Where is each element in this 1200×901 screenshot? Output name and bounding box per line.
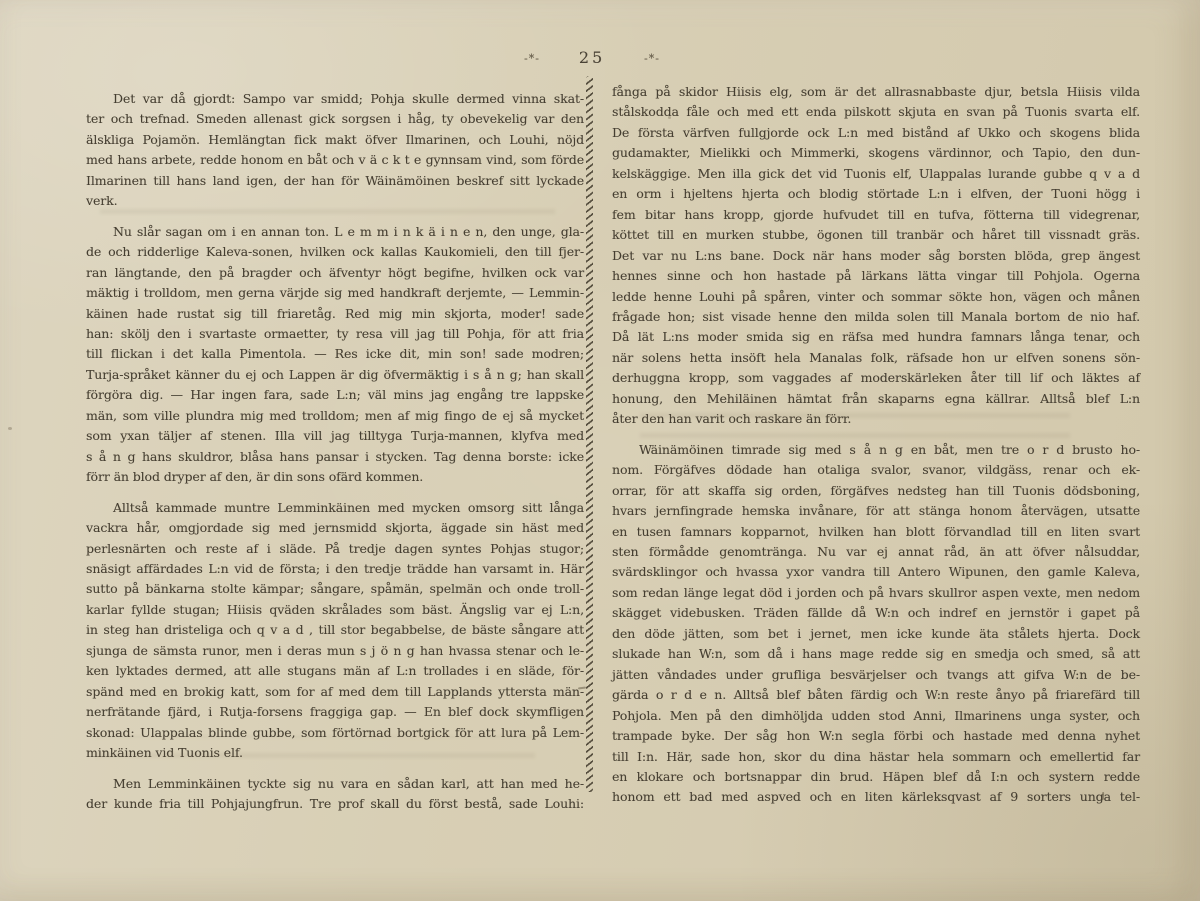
text-line: Turja-språket känner du ej och Lappen är… <box>86 365 584 385</box>
text-line: den döde jätten, som bet i jernet, men i… <box>612 624 1140 644</box>
text-line: förgöra dig. — Har ingen fara, sade L:n;… <box>86 385 584 405</box>
header-ornament-right-icon: -*- <box>644 52 660 65</box>
text-line: jätten våndades under grufliga besvärjel… <box>612 665 1140 685</box>
text-line: svärdsklingor och hvassa yxor vandra til… <box>612 562 1140 582</box>
text-line: köttet till en murken stubbe, ögonen til… <box>612 225 1140 245</box>
text-line: han: skölj den i svartaste ormaetter, ty… <box>86 324 584 344</box>
paragraph: Alltså kammade muntre Lemminkäinen med m… <box>86 498 584 764</box>
column-left: Det var då gjordt: Sampo var smidd; Pohj… <box>86 89 584 814</box>
text-line: med hans arbete, redde honom en båt och … <box>86 150 584 170</box>
text-line: skonad: Ulappalas blinde gubbe, som fört… <box>86 723 584 743</box>
column-divider <box>586 76 593 792</box>
column-right: fånga på skidor Hiisis elg, som är det a… <box>612 82 1140 808</box>
text-line: käinen hade rustat sig till friaretåg. R… <box>86 304 584 324</box>
text-line: fem bitar hans kropp, gjorde hufvudet ti… <box>612 205 1140 225</box>
text-line: stålskodda fåle och med ett enda pilskot… <box>612 102 1140 122</box>
text-line: ledde henne Louhi på spåren, vinter och … <box>612 287 1140 307</box>
text-line: vackra hår, omgjordade sig med jernsmidd… <box>86 518 584 538</box>
text-line: förr än blod dryper af den, är din sons … <box>86 467 584 487</box>
text-line: fånga på skidor Hiisis elg, som är det a… <box>612 82 1140 102</box>
text-line: en orm i hjeltens hjerta och blodig stör… <box>612 184 1140 204</box>
text-line: spänd med en brokig katt, som for af med… <box>86 682 584 702</box>
text-line: ken lyktades dermed, att alle stugans mä… <box>86 661 584 681</box>
text-line: sten förmådde genomtränga. Nu var ej ann… <box>612 542 1140 562</box>
page: -*- 25 -*- Det var då gjordt: Sampo var … <box>0 0 1200 901</box>
text-line: nom. Förgäfves dödade han otaliga svalor… <box>612 460 1140 480</box>
text-line: en tusen famnars kopparnot, hvilken han … <box>612 522 1140 542</box>
text-line: skägget videbusken. Träden fällde då W:n… <box>612 603 1140 623</box>
text-line: orrar, för att skaffa sig orden, förgäfv… <box>612 481 1140 501</box>
text-line: honung, den Mehiläinen hämtat från skapa… <box>612 389 1140 409</box>
text-line: Ilmarinen till hans land igen, der han f… <box>86 171 584 191</box>
text-line: snäsigt affärdades L:n vid de första; i … <box>86 559 584 579</box>
text-line: frågade hon; sist visade henne den milda… <box>612 307 1140 327</box>
header-ornament-left-icon: -*- <box>524 52 540 65</box>
text-line: Det var då gjordt: Sampo var smidd; Pohj… <box>86 89 584 109</box>
text-line: män, som ville plundra mig med trolldom;… <box>86 406 584 426</box>
paragraph: Det var då gjordt: Sampo var smidd; Pohj… <box>86 89 584 212</box>
text-line: Det var nu L:ns bane. Dock när hans mode… <box>612 246 1140 266</box>
text-line: Wäinämöinen timrade sig med s å n g en b… <box>612 440 1140 460</box>
text-line: till flickan i det kalla Pimentola. — Re… <box>86 344 584 364</box>
paragraph: Wäinämöinen timrade sig med s å n g en b… <box>612 440 1140 808</box>
text-line: ter och trefnad. Smeden allenast gick so… <box>86 109 584 129</box>
scan-artifact <box>8 427 12 430</box>
text-line: som yxan täljer af stenen. Illa vill jag… <box>86 426 584 446</box>
text-line: nerfrätande fjärd, i Rutja-forsens fragg… <box>86 702 584 722</box>
text-line: gudamakter, Mielikki och Mimmerki, skoge… <box>612 143 1140 163</box>
text-line: mäktig i trolldom, men gerna värjde sig … <box>86 283 584 303</box>
text-line: älskliga Pojamön. Hemlängtan fick makt ö… <box>86 130 584 150</box>
text-line: in steg han dristeliga och q v a d , til… <box>86 620 584 640</box>
text-line: trampade byke. Der såg hon W:n segla för… <box>612 726 1140 746</box>
text-line: karlar fyllde stugan; Hiisis qväden skrå… <box>86 600 584 620</box>
text-line: åter den han varit och raskare än förr. <box>612 409 1140 429</box>
text-line: sjunga de sämsta runor, men i deras mun … <box>86 641 584 661</box>
text-line: Men Lemminkäinen tyckte sig nu vara en s… <box>86 774 584 794</box>
text-line: sutto på bänkarna stolte kämpar; sångare… <box>86 579 584 599</box>
text-line: derhuggna kropp, som vaggades af modersk… <box>612 368 1140 388</box>
paragraph: Men Lemminkäinen tyckte sig nu vara en s… <box>86 774 584 815</box>
text-line: hennes sinne och hon hastade på lärkans … <box>612 266 1140 286</box>
page-number: 25 <box>579 48 605 67</box>
text-line: Pohjola. Men på den dimhöljda udden stod… <box>612 706 1140 726</box>
text-line: perlesnärten och reste af i släde. På tr… <box>86 539 584 559</box>
text-line: som redan länge legat död i jorden och p… <box>612 583 1140 603</box>
paragraph: fånga på skidor Hiisis elg, som är det a… <box>612 82 1140 430</box>
text-line: gärda o r d e n. Alltså blef båten färdi… <box>612 685 1140 705</box>
text-line: verk. <box>86 191 584 211</box>
text-line: minkäinen vid Tuonis elf. <box>86 743 584 763</box>
text-line: s å n g hans skuldror, blåsa hans pansar… <box>86 447 584 467</box>
text-line: de och ridderlige Kaleva-sonen, hvilken … <box>86 242 584 262</box>
text-line: Alltså kammade muntre Lemminkäinen med m… <box>86 498 584 518</box>
text-line: De första värfven fullgjorde ock L:n med… <box>612 123 1140 143</box>
page-header: -*- 25 -*- <box>524 45 660 69</box>
paragraph: Nu slår sagan om i en annan ton. L e m m… <box>86 222 584 488</box>
text-line: der kunde fria till Pohjajungfrun. Tre p… <box>86 794 584 814</box>
text-line: honom ett bad med aspved och en liten kä… <box>612 787 1140 807</box>
text-line: kelskäggige. Men illa gick det vid Tuoni… <box>612 164 1140 184</box>
text-line: Då lät L:ns moder smida sig en räfsa med… <box>612 327 1140 347</box>
text-line: ran längtande, den på bragder och äfvent… <box>86 263 584 283</box>
text-line: slukade han W:n, som då i hans mage redd… <box>612 644 1140 664</box>
text-line: en klokare och bortsnappar din brud. Häp… <box>612 767 1140 787</box>
text-line: hvars jernfingrade hemska invånare, för … <box>612 501 1140 521</box>
text-line: Nu slår sagan om i en annan ton. L e m m… <box>86 222 584 242</box>
text-line: till I:n. Här, sade hon, skor du dina hä… <box>612 747 1140 767</box>
text-line: när solens hetta insöft hela Manalas fol… <box>612 348 1140 368</box>
